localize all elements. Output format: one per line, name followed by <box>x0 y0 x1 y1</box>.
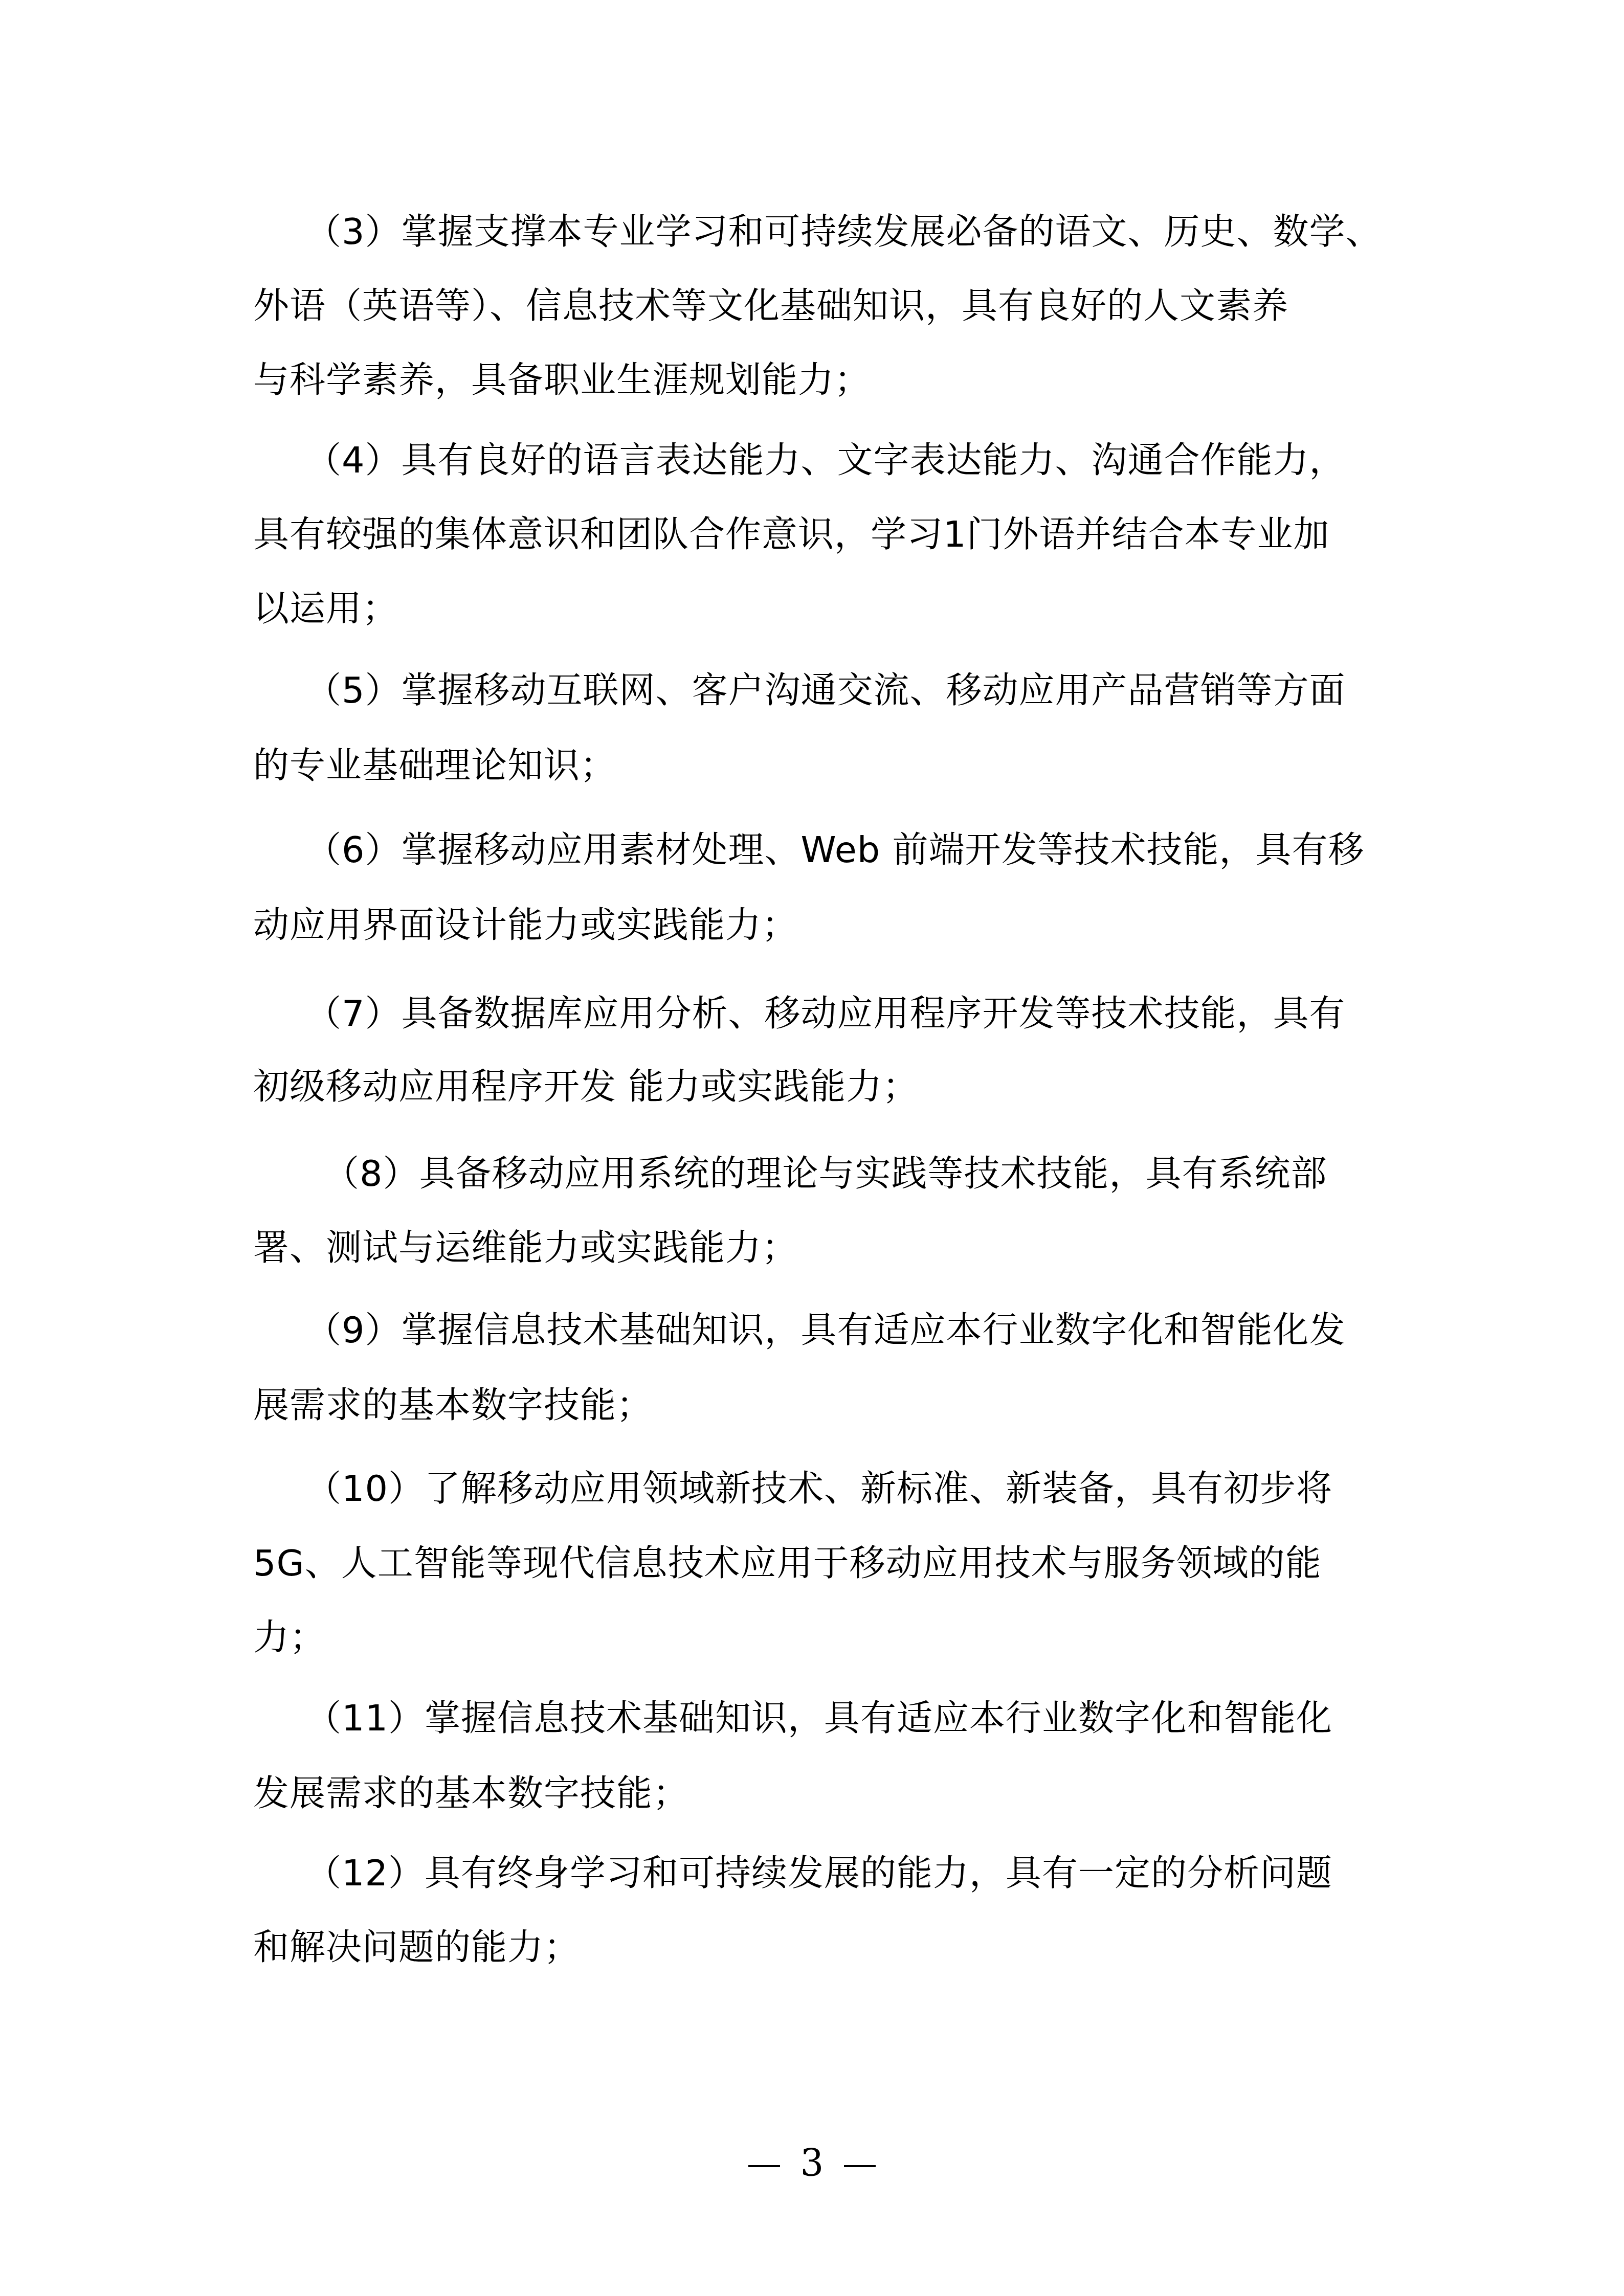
item-3-line-2: 外语（英语等）、信息技术等文化基础知识，具有良好的人文素养 <box>253 283 1288 329</box>
page-number: 3 <box>0 2140 1624 2186</box>
page-number-value: 3 <box>800 2142 824 2185</box>
item-6-line-2: 动应用界面设计能力或实践能力； <box>253 902 798 948</box>
item-5-line-1: （5）掌握移动互联网、客户沟通交流、移动应用产品营销等方面 <box>305 667 1346 713</box>
item-9-line-1: （9）掌握信息技术基础知识，具有适应本行业数字化和智能化发 <box>305 1307 1346 1353</box>
item-12-line-2: 和解决问题的能力； <box>253 1924 580 1970</box>
item-4-line-2: 具有较强的集体意识和团队合作意识，学习1门外语并结合本专业加 <box>253 511 1330 557</box>
item-11-line-2: 发展需求的基本数字技能； <box>253 1770 689 1816</box>
item-10-line-3: 力； <box>253 1614 326 1660</box>
item-3-line-1: （3）掌握支撑本专业学习和可持续发展必备的语文、历史、数学、 <box>305 209 1382 255</box>
right-dash-divider <box>844 2165 876 2167</box>
item-8-line-2: 署、测试与运维能力或实践能力； <box>253 1225 798 1271</box>
item-6-line-1: （6）掌握移动应用素材处理、Web 前端开发等技术技能，具有移 <box>305 827 1364 873</box>
item-5-line-2: 的专业基础理论知识； <box>253 742 616 789</box>
item-3-line-3: 与科学素养，具备职业生涯规划能力； <box>253 357 871 403</box>
item-8-line-1: （8）具备移动应用系统的理论与实践等技术技能，具有系统部 <box>323 1151 1327 1197</box>
item-4-line-1: （4）具有良好的语言表达能力、文字表达能力、沟通合作能力， <box>305 437 1346 483</box>
item-9-line-2: 展需求的基本数字技能； <box>253 1382 653 1428</box>
item-10-line-2: 5G、人工智能等现代信息技术应用于移动应用技术与服务领域的能 <box>253 1540 1322 1586</box>
item-7-line-1: （7）具备数据库应用分析、移动应用程序开发等技术技能，具有 <box>305 991 1346 1037</box>
item-4-line-3: 以运用； <box>253 586 398 632</box>
item-7-line-2: 初级移动应用程序开发 能力或实践能力； <box>253 1064 919 1110</box>
item-11-line-1: （11）掌握信息技术基础知识，具有适应本行业数字化和智能化 <box>305 1695 1332 1741</box>
item-12-line-1: （12）具有终身学习和可持续发展的能力，具有一定的分析问题 <box>305 1850 1332 1896</box>
left-dash-divider <box>748 2165 780 2167</box>
item-10-line-1: （10）了解移动应用领域新技术、新标准、新装备，具有初步将 <box>305 1466 1332 1512</box>
document-page: （3）掌握支撑本专业学习和可持续发展必备的语文、历史、数学、 外语（英语等）、信… <box>0 0 1624 2296</box>
